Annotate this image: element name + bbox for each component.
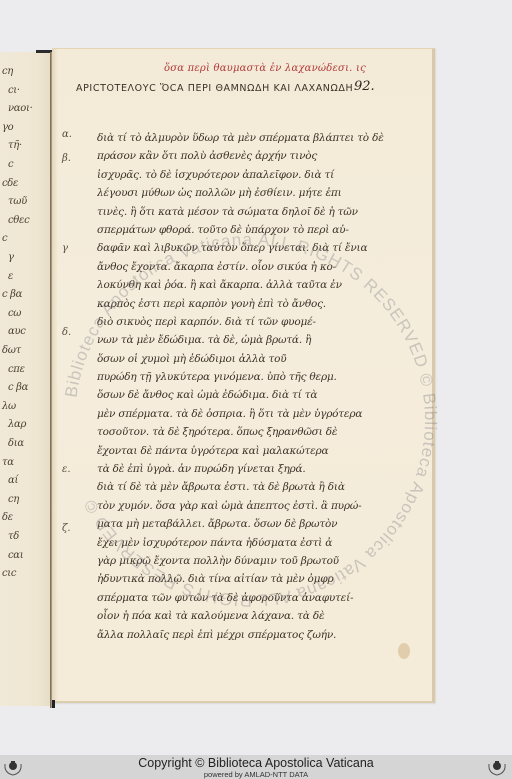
left-page-text-fragment: λω [2, 401, 16, 412]
left-page-text-fragment: τῆ· [8, 140, 22, 151]
left-page-text-fragment: τα [2, 457, 14, 468]
left-page-text-fragment: ϲθεϲ [8, 215, 29, 226]
manuscript-line: διὸ σικυὸς περὶ καρπόν. διὰ τί τῶν φυομέ… [97, 313, 407, 331]
left-page-text-fragment: ϲη [8, 494, 19, 505]
manuscript-text: διὰ τί τὸ ἁλμυρὸν ὕδωρ τὰ μὲν σπέρματα β… [97, 129, 407, 644]
marginal-letter: ε. [62, 464, 71, 475]
marginal-letter: α. [62, 129, 72, 140]
manuscript-line: σπερμάτων φθορά. τοῦτο δὲ ὑπάρχον τὸ περ… [97, 221, 407, 239]
manuscript-line: ματα μὴ μεταβάλλει. ἄβρωτα. ὅσων δὲ βρωτ… [97, 515, 407, 533]
left-page-text-fragment: αυϲ [8, 326, 26, 337]
marginal-letter: ζ. [62, 523, 71, 534]
left-page-fragment: ϲηϲι·ναοι·γοτῆ·ϲϲδετωῦϲθεϲϲγεϲ βαϲωαυϲδω… [0, 52, 52, 706]
left-page-text-fragment: τδ [8, 531, 19, 542]
manuscript-line: ἔχει μὲν ἰσχυρότερον πάντα ἡδύσματα ἐστὶ… [97, 534, 407, 552]
paper-stain [398, 643, 410, 659]
left-page-text-fragment: δε [2, 512, 13, 523]
left-page-text-fragment: ϲ [8, 159, 13, 170]
manuscript-line: γὰρ μικρῷ ἔχοντα πολλὴν δύναμιν τοῦ βρωτ… [97, 552, 407, 570]
left-page-text-fragment: γ [8, 252, 14, 263]
left-page-text-fragment: ϲιϲ [2, 568, 16, 579]
left-page-text-fragment: ϲ [2, 233, 7, 244]
papal-emblem-icon [486, 758, 508, 776]
manuscript-line: διὰ τί τὸ ἁλμυρὸν ὕδωρ τὰ μὲν σπέρματα β… [97, 129, 407, 147]
manuscript-line: ὅσων οἱ χυμοὶ μὴ ἐδώδιμοι ἀλλὰ τοῦ [97, 350, 407, 368]
manuscript-line: ἡδυντικὰ πολλῷ. διὰ τίνα αἰτίαν τὰ μὲν ὀ… [97, 570, 407, 588]
left-page-text-fragment: δωτ [2, 345, 21, 356]
page-gutter [50, 52, 52, 708]
manuscript-line: δαφᾶν καὶ λιβυκῶν ταὐτὸν ὅπερ γίνεται. δ… [97, 239, 407, 257]
copyright-footer: Copyright © Biblioteca Apostolica Vatica… [0, 755, 512, 779]
page-binding-shadow [52, 49, 58, 701]
marginal-letter: δ. [62, 327, 71, 338]
papal-emblem-icon [2, 758, 24, 776]
manuscript-line: ἔχονται δὲ πάντα ὑγρότερα καὶ μαλακώτερα [97, 442, 407, 460]
left-page-text-fragment: ϲω [8, 308, 21, 319]
powered-by-text: powered by AMLAD-NTT DATA [0, 770, 512, 779]
manuscript-line: ἰσχυρᾶς. τὸ δὲ ἰσχυρότερον ἀπαλεῖφον. δι… [97, 166, 407, 184]
left-page-text-fragment: δια [8, 438, 24, 449]
left-page-text-fragment: ναοι· [8, 103, 32, 114]
left-page-text-fragment: ϲδε [2, 178, 18, 189]
manuscript-page: ὅσα περὶ θαυμαστὰ ἐν λαχανώδεσι. ις ΑΡΙϹ… [52, 48, 435, 703]
manuscript-line: σπέρματα τῶν φυτῶν τὰ δὲ ἀφοροῦντα ἀναφυ… [97, 589, 407, 607]
left-page-text-fragment: λαρ [8, 419, 26, 430]
marginal-letter: β. [62, 153, 71, 164]
left-page-text-fragment: ϲ βα [8, 382, 28, 393]
manuscript-line: τὸν χυμόν. ὅσα γὰρ καὶ ὠμὰ ἀπεπτος ἐστὶ.… [97, 497, 407, 515]
left-page-text-fragment: τωῦ [8, 196, 27, 207]
left-page-text-fragment: ϲ βα [2, 289, 22, 300]
left-page-text-fragment: ε [8, 271, 13, 282]
manuscript-line: νων τὰ μὲν ἔδώδιμα. τὰ δὲ, ὠμὰ βρωτά. ἢ [97, 331, 407, 349]
manuscript-line: τινὲς. ἢ ὅτι κατὰ μέσον τὰ σώματα δηλοῖ … [97, 203, 407, 221]
manuscript-line: ἄνθος ἔχοντα. ἄκαρπα ἐστίν. οἷον σικύα ἡ… [97, 258, 407, 276]
page-title: ΑΡΙϹΤΟΤΕΛΟΥϹ ὍϹΑ ΠΕΡΙ ΘΑΜΝΩΔΗ ΚΑΙ ΛΑΧΑΝΩ… [76, 83, 353, 94]
marginal-letter: γ [62, 243, 68, 254]
manuscript-line: οἷον ἡ πόα καὶ τὰ καλούμενα λάχανα. τὰ δ… [97, 607, 407, 625]
folio-number: 92. [354, 79, 375, 94]
manuscript-line: λέγουσι μύθων ὡς πολλῶν μὴ ἐσθίειν. μήτε… [97, 184, 407, 202]
manuscript-line: λοκύνθη καὶ ῥόα. ἢ καὶ ἄκαρπα. ἀλλὰ ταῦτ… [97, 276, 407, 294]
left-page-text-fragment: ϲαι [8, 550, 23, 561]
manuscript-line: καρπὸς ἐστι περὶ καρπὸν γονὴ ἐπὶ τὸ ἄνθο… [97, 295, 407, 313]
manuscript-line: τοσοῦτον. τὰ δὲ ξηρότερα. ὅπως ξηρανθῶσι… [97, 423, 407, 441]
left-page-text-fragment: γο [2, 122, 13, 133]
manuscript-line: πυρώδη τῇ γλυκύτερα γινόμενα. ὑπὸ τῆς θε… [97, 368, 407, 386]
manuscript-line: μὲν σπέρματα. τὰ δὲ ὀσπρια. ἢ ὅτι τὰ μὲν… [97, 405, 407, 423]
left-page-text-fragment: ϲπε [8, 364, 25, 375]
left-page-text-fragment: ϲη [2, 66, 13, 77]
image-viewer[interactable]: ϲηϲι·ναοι·γοτῆ·ϲϲδετωῦϲθεϲϲγεϲ βαϲωαυϲδω… [0, 0, 512, 755]
left-page-text-fragment: αί [8, 475, 18, 486]
manuscript-line: πράσον κἂν ὅτι πολὺ ἀσθενὲς ἀρχήν τινὸς [97, 147, 407, 165]
copyright-text: Copyright © Biblioteca Apostolica Vatica… [0, 756, 512, 770]
manuscript-line: διὰ τί δὲ τὰ μὲν ἄβρωτα ἐστι. τὰ δὲ βρωτ… [97, 478, 407, 496]
manuscript-line: ἄλλα πολλαῖς περὶ ἐπὶ μέχρι σπέρματος ζω… [97, 626, 407, 644]
manuscript-line: τὰ δὲ ἐπὶ ὑγρὰ. ἀν πυρώδη γίνεται ξηρά. [97, 460, 407, 478]
gutter-mark [52, 700, 55, 708]
left-page-text-fragment: ϲι· [8, 85, 20, 96]
red-rubric-heading: ὅσα περὶ θαυμαστὰ ἐν λαχανώδεσι. ις [164, 63, 366, 74]
manuscript-line: ὅσων δὲ ἄνθος καὶ ὠμὰ ἐδώδιμα. διὰ τί τὰ [97, 386, 407, 404]
